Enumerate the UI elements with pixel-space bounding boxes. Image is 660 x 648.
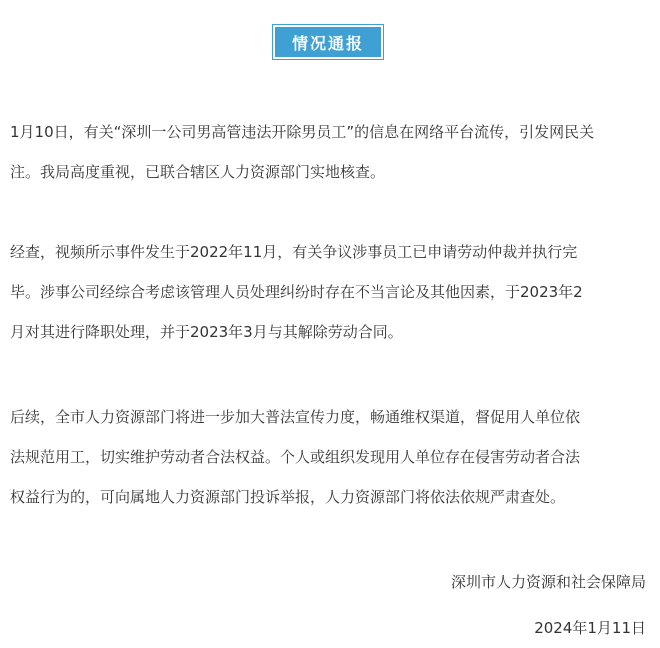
paragraph-line: 毕。涉事公司经综合考虑该管理人员处理纠纷时存在不当言论及其他因素，于2023年2 <box>10 272 650 312</box>
title-banner: 情况通报 <box>272 24 384 60</box>
paragraph-line: 后续，全市人力资源部门将进一步加大普法宣传力度，畅通维权渠道，督促用人单位依 <box>10 397 650 437</box>
paragraph-2: 经查，视频所示事件发生于2022年11月，有关争议涉事员工已申请劳动仲裁并执行完… <box>10 232 650 352</box>
signature-date: 2024年1月11日 <box>534 618 646 638</box>
page-title: 情况通报 <box>275 27 381 57</box>
paragraph-1: 1月10日，有关“深圳一公司男高管违法开除男员工”的信息在网络平台流传，引发网民… <box>10 112 650 192</box>
paragraph-line: 月对其进行降职处理，并于2023年3月与其解除劳动合同。 <box>10 312 650 352</box>
signature-organization: 深圳市人力资源和社会保障局 <box>451 572 646 592</box>
paragraph-line: 注。我局高度重视，已联合辖区人力资源部门实地核查。 <box>10 152 650 192</box>
paragraph-line: 权益行为的，可向属地人力资源部门投诉举报，人力资源部门将依法依规严肃查处。 <box>10 477 650 517</box>
paragraph-3: 后续，全市人力资源部门将进一步加大普法宣传力度，畅通维权渠道，督促用人单位依 法… <box>10 397 650 517</box>
paragraph-line: 经查，视频所示事件发生于2022年11月，有关争议涉事员工已申请劳动仲裁并执行完 <box>10 232 650 272</box>
paragraph-line: 1月10日，有关“深圳一公司男高管违法开除男员工”的信息在网络平台流传，引发网民… <box>10 112 650 152</box>
paragraph-line: 法规范用工，切实维护劳动者合法权益。个人或组织发现用人单位存在侵害劳动者合法 <box>10 437 650 477</box>
